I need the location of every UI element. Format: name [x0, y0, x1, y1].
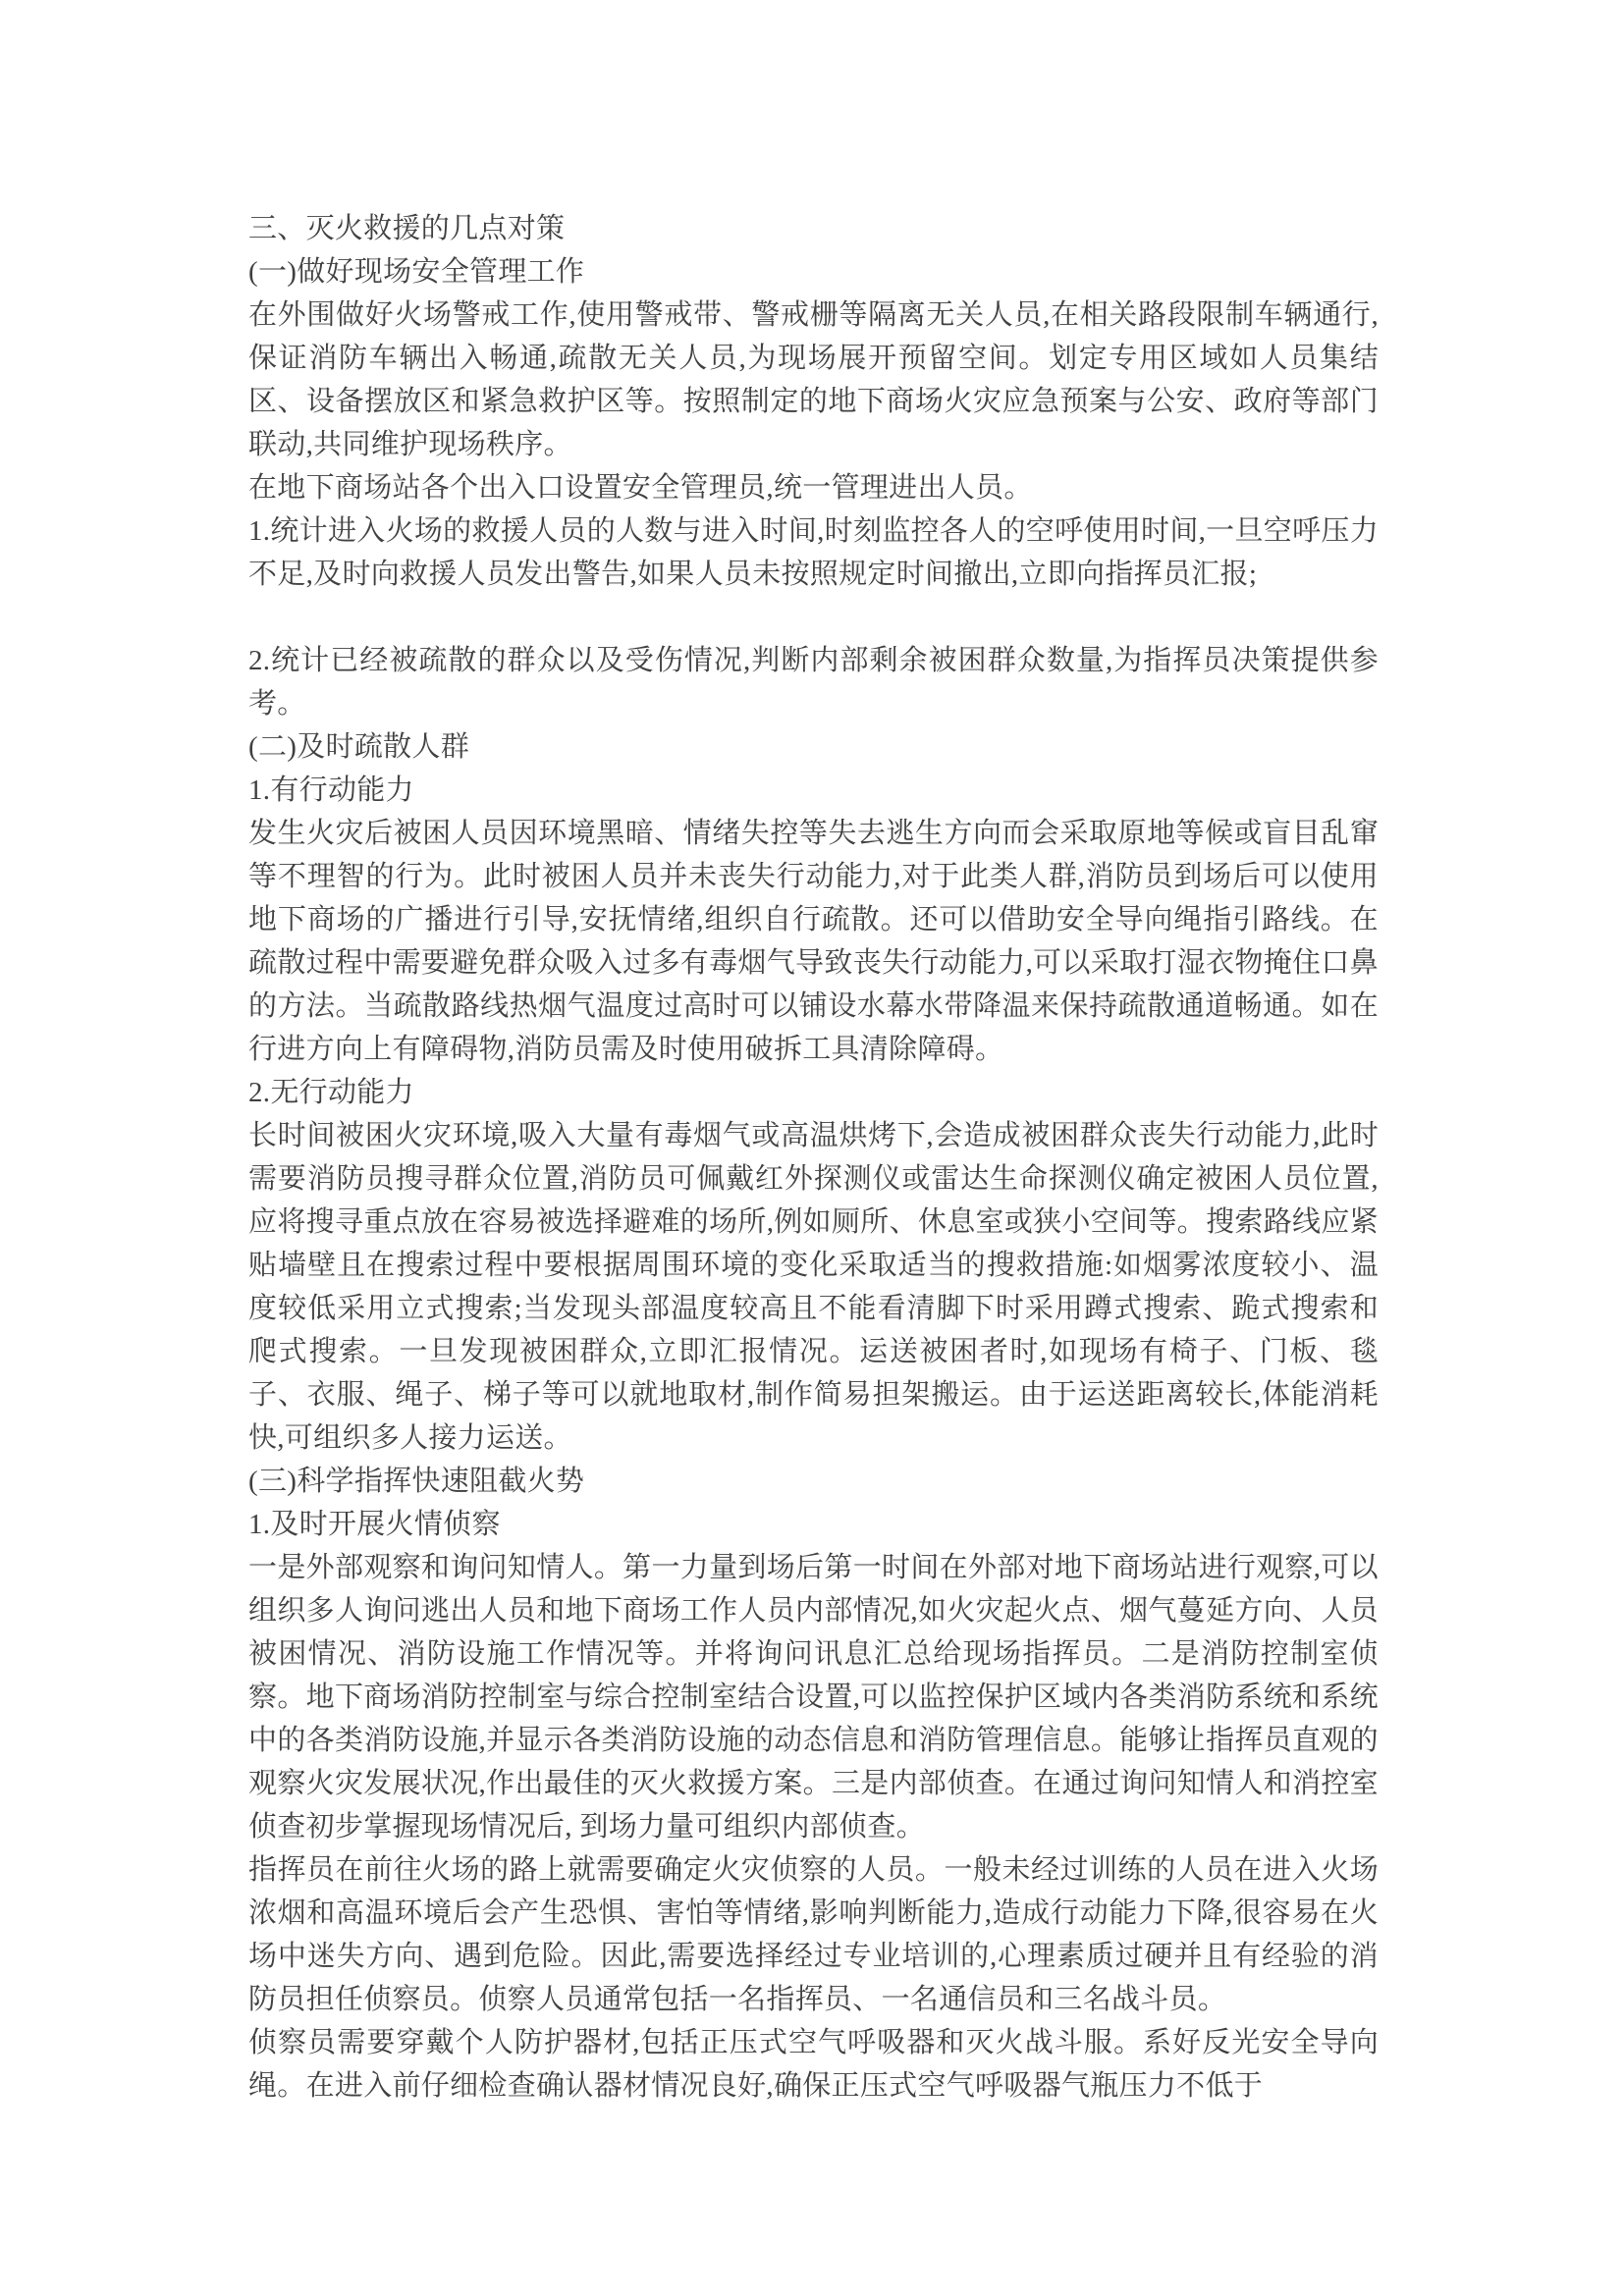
body-paragraph: 长时间被困火灾环境,吸入大量有毒烟气或高温烘烤下,会造成被困群众丧失行动能力,此… [248, 1114, 1379, 1460]
body-paragraph: 侦察员需要穿戴个人防护器材,包括正压式空气呼吸器和灭火战斗服。系好反光安全导向绳… [248, 2021, 1379, 2108]
sub-item-heading: 1.有行动能力 [248, 769, 1379, 812]
list-item-2: 2.统计已经被疏散的群众以及受伤情况,判断内部剩余被困群众数量,为指挥员决策提供… [248, 639, 1379, 725]
subsection-heading-3: (三)科学指挥快速阻截火势 [248, 1460, 1379, 1503]
list-item-1: 1.统计进入火场的救援人员的人数与进入时间,时刻监控各人的空呼使用时间,一旦空呼… [248, 509, 1379, 596]
sub-item-heading: 2.无行动能力 [248, 1071, 1379, 1114]
body-paragraph: 发生火灾后被困人员因环境黑暗、情绪失控等失去逃生方向而会采取原地等候或盲目乱窜等… [248, 812, 1379, 1071]
body-paragraph: 一是外部观察和询问知情人。第一力量到场后第一时间在外部对地下商场站进行观察,可以… [248, 1546, 1379, 1848]
body-paragraph: 在地下商场站各个出入口设置安全管理员,统一管理进出人员。 [248, 466, 1379, 509]
body-paragraph: 在外围做好火场警戒工作,使用警戒带、警戒栅等隔离无关人员,在相关路段限制车辆通行… [248, 294, 1379, 466]
section-title: 三、灭火救援的几点对策 [248, 207, 1379, 250]
blank-line [248, 596, 1379, 639]
document-page: 三、灭火救援的几点对策 (一)做好现场安全管理工作 在外围做好火场警戒工作,使用… [0, 0, 1624, 2296]
document-text-block: 三、灭火救援的几点对策 (一)做好现场安全管理工作 在外围做好火场警戒工作,使用… [248, 207, 1379, 2108]
subsection-heading-2: (二)及时疏散人群 [248, 725, 1379, 769]
body-paragraph: 指挥员在前往火场的路上就需要确定火灾侦察的人员。一般未经过训练的人员在进入火场浓… [248, 1848, 1379, 2021]
sub-item-heading: 1.及时开展火情侦察 [248, 1503, 1379, 1546]
subsection-heading-1: (一)做好现场安全管理工作 [248, 250, 1379, 294]
